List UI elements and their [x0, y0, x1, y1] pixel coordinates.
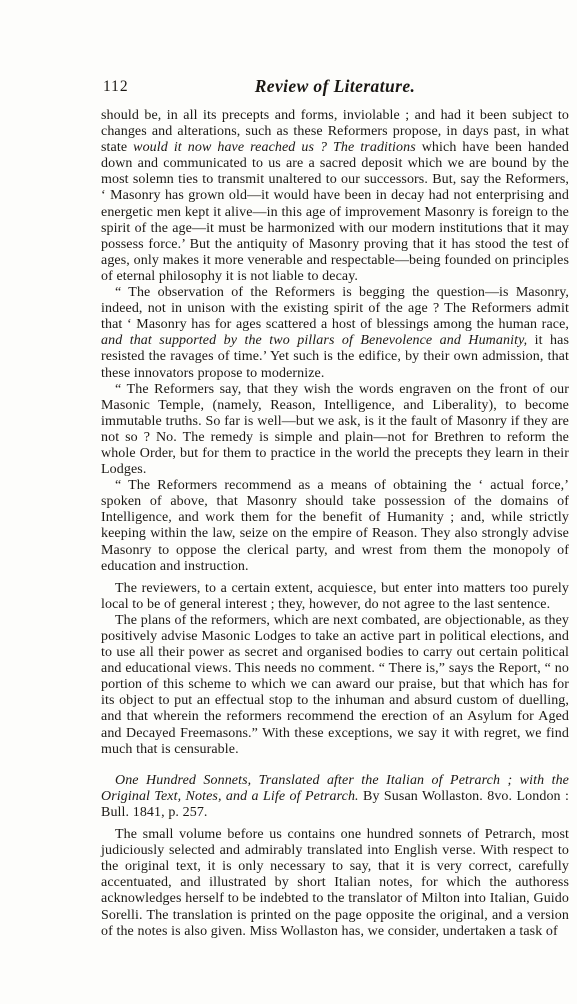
body-text: should be, in all its precepts and forms…	[101, 108, 569, 940]
text-run: which have been handed down and communic…	[101, 140, 569, 284]
running-title: Review of Literature.	[101, 76, 569, 97]
text-column: 112 Review of Literature. should be, in …	[101, 76, 569, 940]
text-run: The reviewers, to a certain extent, acqu…	[101, 581, 569, 612]
book-title-heading: One Hundred Sonnets, Translated after th…	[101, 773, 569, 821]
text-run: The small volume before us contains one …	[101, 827, 569, 939]
text-run: “ The Reformers say, that they wish the …	[101, 382, 569, 477]
italic-text-run: would it now have reached us ? The tradi…	[133, 140, 416, 155]
text-run: The plans of the reformers, which are ne…	[101, 613, 569, 757]
paragraph-1: should be, in all its precepts and forms…	[101, 108, 569, 285]
text-run: “ The Reformers recommend as a means of …	[101, 478, 569, 573]
paragraph-7: The small volume before us contains one …	[101, 827, 569, 940]
italic-text-run: and that supported by the two pillars of…	[101, 333, 527, 348]
paragraph-5: The reviewers, to a certain extent, acqu…	[101, 581, 569, 613]
page-number: 112	[103, 78, 129, 96]
paragraph-3: “ The Reformers say, that they wish the …	[101, 382, 569, 479]
paragraph-2: “ The observation of the Reformers is be…	[101, 285, 569, 382]
paragraph-4: “ The Reformers recommend as a means of …	[101, 478, 569, 575]
page-header: 112 Review of Literature.	[101, 76, 569, 102]
scanned-book-page: 112 Review of Literature. should be, in …	[0, 0, 577, 1004]
text-run: “ The observation of the Reformers is be…	[101, 285, 569, 332]
paragraph-6: The plans of the reformers, which are ne…	[101, 613, 569, 758]
